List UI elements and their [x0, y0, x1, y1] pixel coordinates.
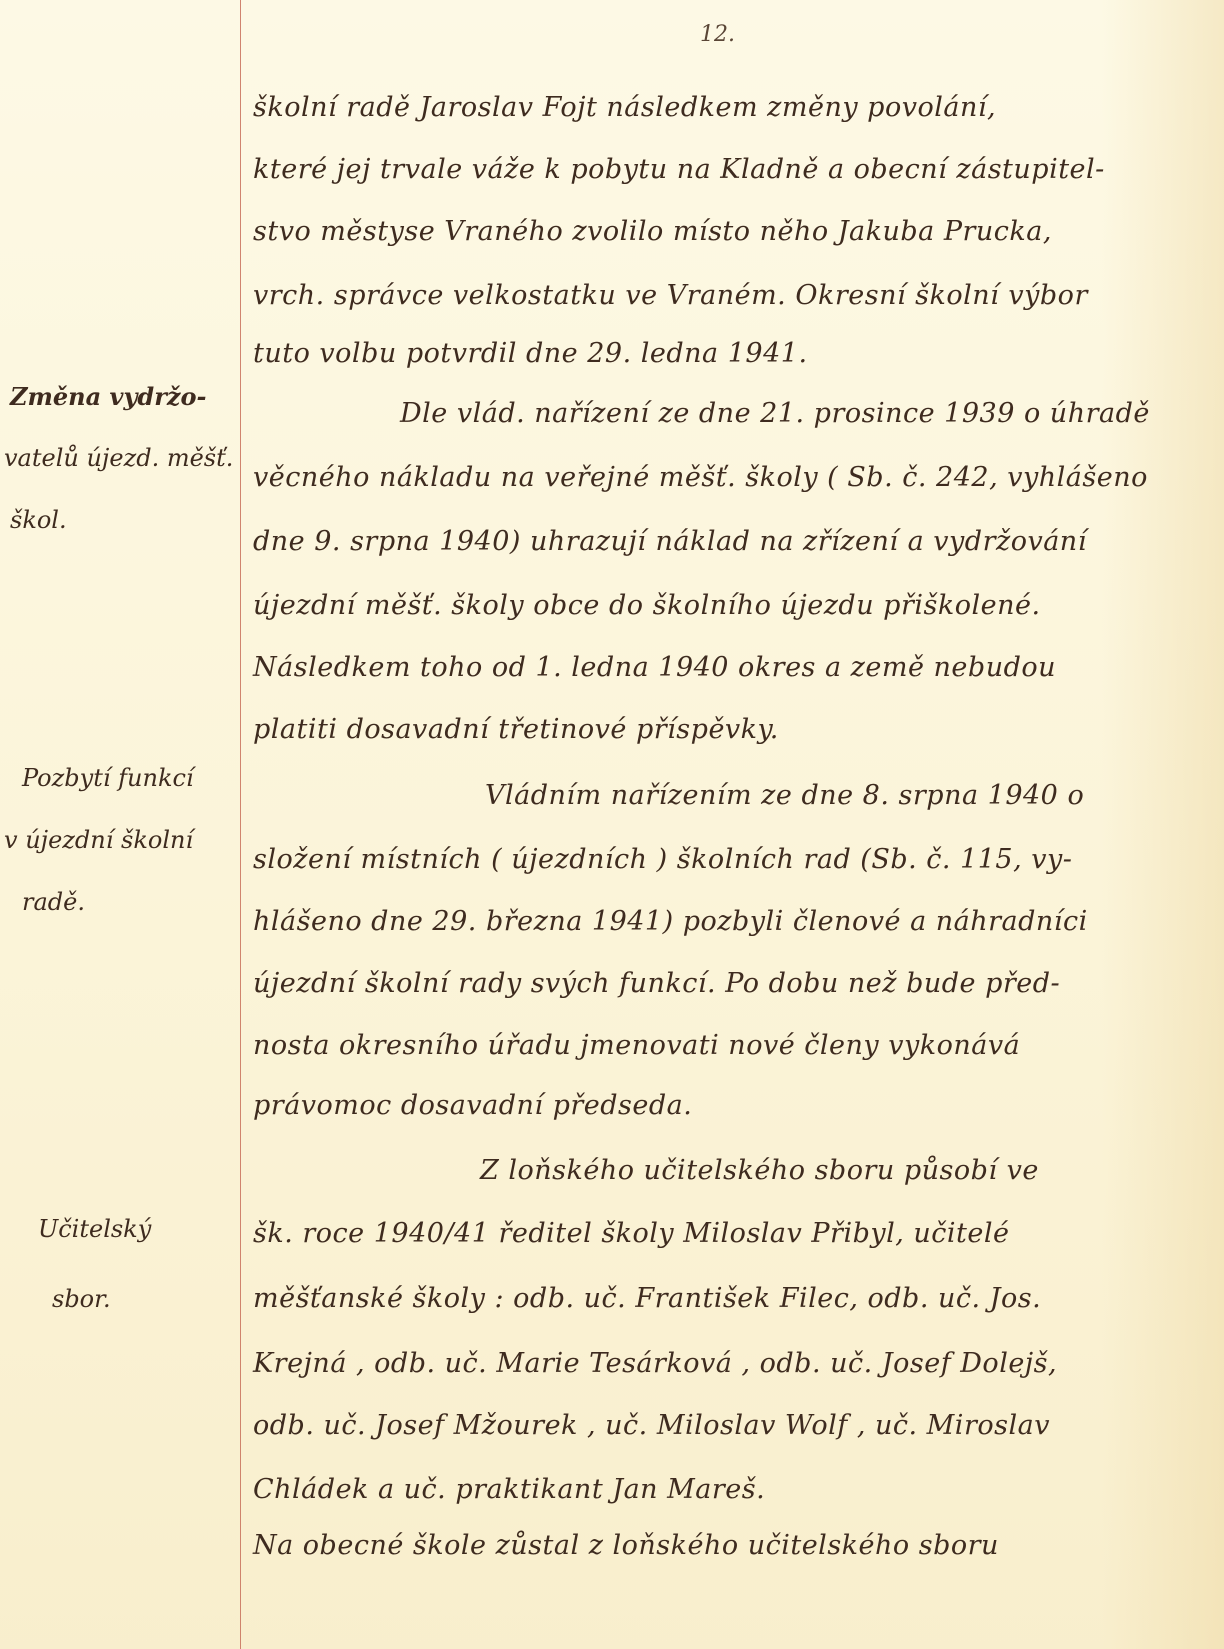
body-line-3: stvo městyse Vraného zvolilo místo něho …: [253, 216, 1052, 247]
body-line-18: Z loňského učitelského sboru působí ve: [480, 1155, 1039, 1186]
page-number: 12.: [700, 22, 735, 47]
body-line-14: hlášeno dne 29. března 1941) pozbyli čle…: [253, 906, 1088, 937]
body-line-5: tuto volbu potvrdil dne 29. ledna 1941.: [253, 338, 808, 369]
body-line-11: platiti dosavadní třetinové příspěvky.: [253, 714, 779, 745]
body-line-21: Krejná , odb. uč. Marie Tesárková , odb.…: [253, 1348, 1057, 1379]
margin-note-zmena-line-2: vatelů újezd. měšť.: [4, 444, 233, 472]
body-line-16: nosta okresního úřadu jmenovati nové čle…: [253, 1030, 1020, 1061]
margin-note-pozbyti-line-2: v újezdní školní: [4, 826, 193, 854]
body-line-17: právomoc dosavadní předseda.: [253, 1090, 692, 1121]
body-line-12: Vládním nařízením ze dne 8. srpna 1940 o: [485, 780, 1084, 811]
body-line-4: vrch. správce velkostatku ve Vraném. Okr…: [253, 280, 1088, 311]
body-line-24: Na obecné škole zůstal z loňského učitel…: [253, 1530, 999, 1561]
body-line-22: odb. uč. Josef Mžourek , uč. Miloslav Wo…: [253, 1410, 1050, 1441]
body-line-8: dne 9. srpna 1940) uhrazují náklad na zř…: [253, 526, 1087, 557]
margin-note-sbor-line-2: sbor.: [52, 1285, 111, 1313]
body-line-7: věcného nákladu na veřejné měšť. školy (…: [253, 462, 1148, 493]
margin-note-zmena-line-3: škol.: [10, 506, 67, 534]
body-line-13: složení místních ( újezdních ) školních …: [253, 844, 1072, 875]
red-margin-line: [240, 0, 241, 1649]
handwritten-ledger-page: 12. Změna vydržo- vatelů újezd. měšť. šk…: [0, 0, 1224, 1649]
body-line-6: Dle vlád. nařízení ze dne 21. prosince 1…: [400, 398, 1150, 429]
margin-note-pozbyti-line-3: radě.: [22, 888, 85, 916]
body-line-10: Následkem toho od 1. ledna 1940 okres a …: [253, 652, 1056, 683]
body-line-15: újezdní školní rady svých funkcí. Po dob…: [253, 968, 1060, 999]
margin-note-sbor-line-1: Učitelský: [38, 1215, 151, 1243]
margin-note-zmena-line-1: Změna vydržo-: [10, 382, 206, 411]
body-line-20: měšťanské školy : odb. uč. František Fil…: [253, 1283, 1041, 1314]
body-line-9: újezdní měšť. školy obce do školního úje…: [253, 590, 1041, 621]
body-line-19: šk. roce 1940/41 ředitel školy Miloslav …: [253, 1218, 1010, 1249]
body-line-2: které jej trvale váže k pobytu na Kladně…: [253, 154, 1105, 185]
body-line-1: školní radě Jaroslav Fojt následkem změn…: [253, 92, 996, 123]
body-line-23: Chládek a uč. praktikant Jan Mareš.: [253, 1474, 765, 1505]
margin-note-pozbyti-line-1: Pozbytí funkcí: [22, 764, 194, 792]
